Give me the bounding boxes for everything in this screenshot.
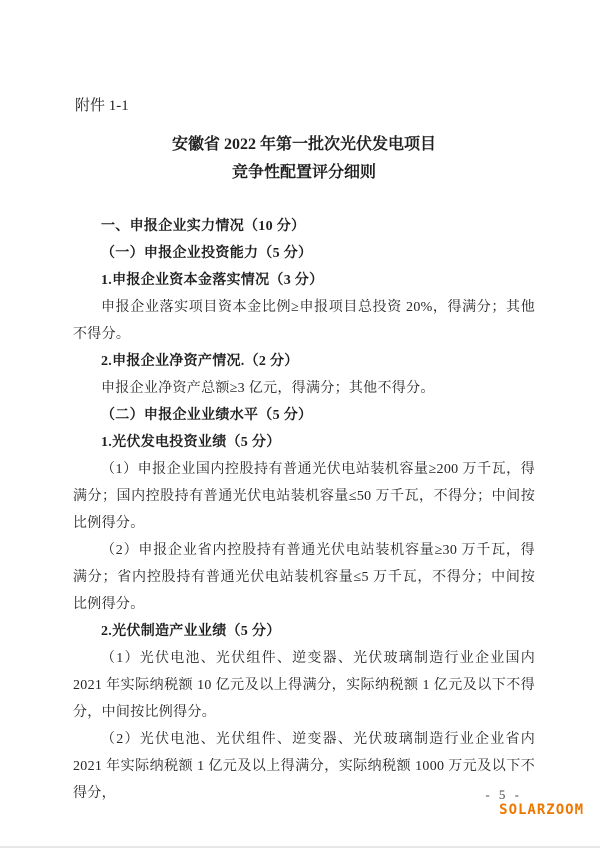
section-heading-1: 一、申报企业实力情况（10 分） <box>73 213 535 240</box>
solarzoom-watermark: SOLARZOOM <box>499 803 584 818</box>
document-title-line-1: 安徽省 2022 年第一批次光伏发电项目 <box>73 131 535 159</box>
criteria-paragraph-5: （1）光伏电池、光伏组件、逆变器、光伏玻璃制造行业企业国内 2021 年实际纳税… <box>73 645 535 726</box>
document-page: 附件 1-1 安徽省 2022 年第一批次光伏发电项目 竞争性配置评分细则 一、… <box>0 0 600 848</box>
criteria-paragraph-4: （2）申报企业省内控股持有普通光伏电站装机容量≥30 万千瓦，得满分；省内控股持… <box>73 537 535 618</box>
document-content: 附件 1-1 安徽省 2022 年第一批次光伏发电项目 竞争性配置评分细则 一、… <box>73 96 535 807</box>
subsection-heading-1-1: （一）申报企业投资能力（5 分） <box>73 240 535 267</box>
criteria-paragraph-2: 申报企业净资产总额≥3 亿元，得满分；其他不得分。 <box>73 375 535 402</box>
page-number: - 5 - <box>485 788 522 802</box>
item-heading-1-1-1: 1.申报企业资本金落实情况（3 分） <box>73 267 535 294</box>
criteria-paragraph-1: 申报企业落实项目资本金比例≥申报项目总投资 20%，得满分；其他不得分。 <box>73 294 535 348</box>
item-heading-1-2-2: 2.光伏制造产业业绩（5 分） <box>73 618 535 645</box>
criteria-paragraph-3: （1）申报企业国内控股持有普通光伏电站装机容量≥200 万千瓦，得满分；国内控股… <box>73 456 535 537</box>
item-heading-1-1-2: 2.申报企业净资产情况.（2 分） <box>73 348 535 375</box>
subsection-heading-1-2: （二）申报企业业绩水平（5 分） <box>73 402 535 429</box>
criteria-paragraph-6: （2）光伏电池、光伏组件、逆变器、光伏玻璃制造行业企业省内 2021 年实际纳税… <box>73 726 535 807</box>
item-heading-1-2-1: 1.光伏发电投资业绩（5 分） <box>73 429 535 456</box>
document-title-line-2: 竞争性配置评分细则 <box>73 159 535 187</box>
attachment-label: 附件 1-1 <box>75 96 535 116</box>
paragraph-list: 一、申报企业实力情况（10 分） （一）申报企业投资能力（5 分） 1.申报企业… <box>73 213 535 807</box>
